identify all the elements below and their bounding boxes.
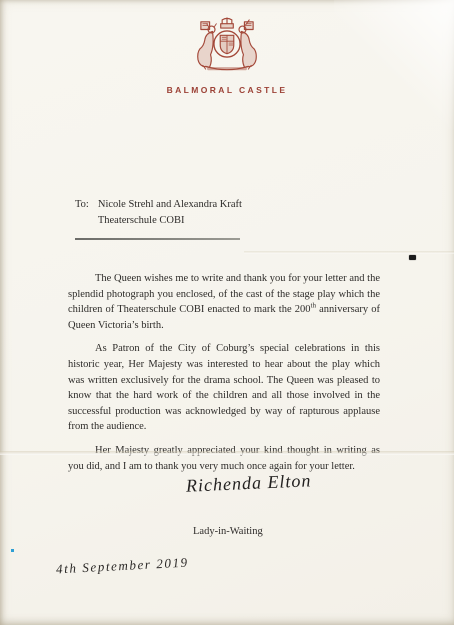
signer-title: Lady-in-Waiting — [193, 526, 263, 537]
recipient-underline — [75, 238, 240, 240]
paragraph-3: Her Majesty greatly appreciated your kin… — [68, 443, 380, 474]
handwritten-signature: Richenda Elton — [186, 470, 312, 496]
royal-coat-of-arms-icon — [195, 15, 259, 75]
paper-fold-crease — [0, 451, 454, 455]
paragraph-2: As Patron of the City of Coburg’s specia… — [68, 341, 380, 435]
recipient-to-label: To: — [75, 197, 89, 229]
scan-artifact-mark — [409, 255, 416, 260]
scan-blue-dot — [11, 549, 14, 552]
paragraph-1: The Queen wishes me to write and thank y… — [68, 271, 380, 333]
recipient-org-line: Theaterschule COBI — [98, 213, 242, 229]
recipient-block: To: Nicole Strehl and Alexandra Kraft Th… — [75, 197, 242, 229]
scanned-letter-page: BALMORAL CASTLE To: Nicole Strehl and Al… — [0, 0, 454, 625]
handwritten-date: 4th September 2019 — [56, 555, 189, 578]
letterhead: BALMORAL CASTLE — [0, 15, 454, 95]
recipient-name-line: Nicole Strehl and Alexandra Kraft — [98, 197, 242, 213]
letterhead-title: BALMORAL CASTLE — [0, 85, 454, 95]
paper-crease-upper — [244, 251, 454, 254]
recipient-lines: Nicole Strehl and Alexandra Kraft Theate… — [98, 197, 242, 229]
